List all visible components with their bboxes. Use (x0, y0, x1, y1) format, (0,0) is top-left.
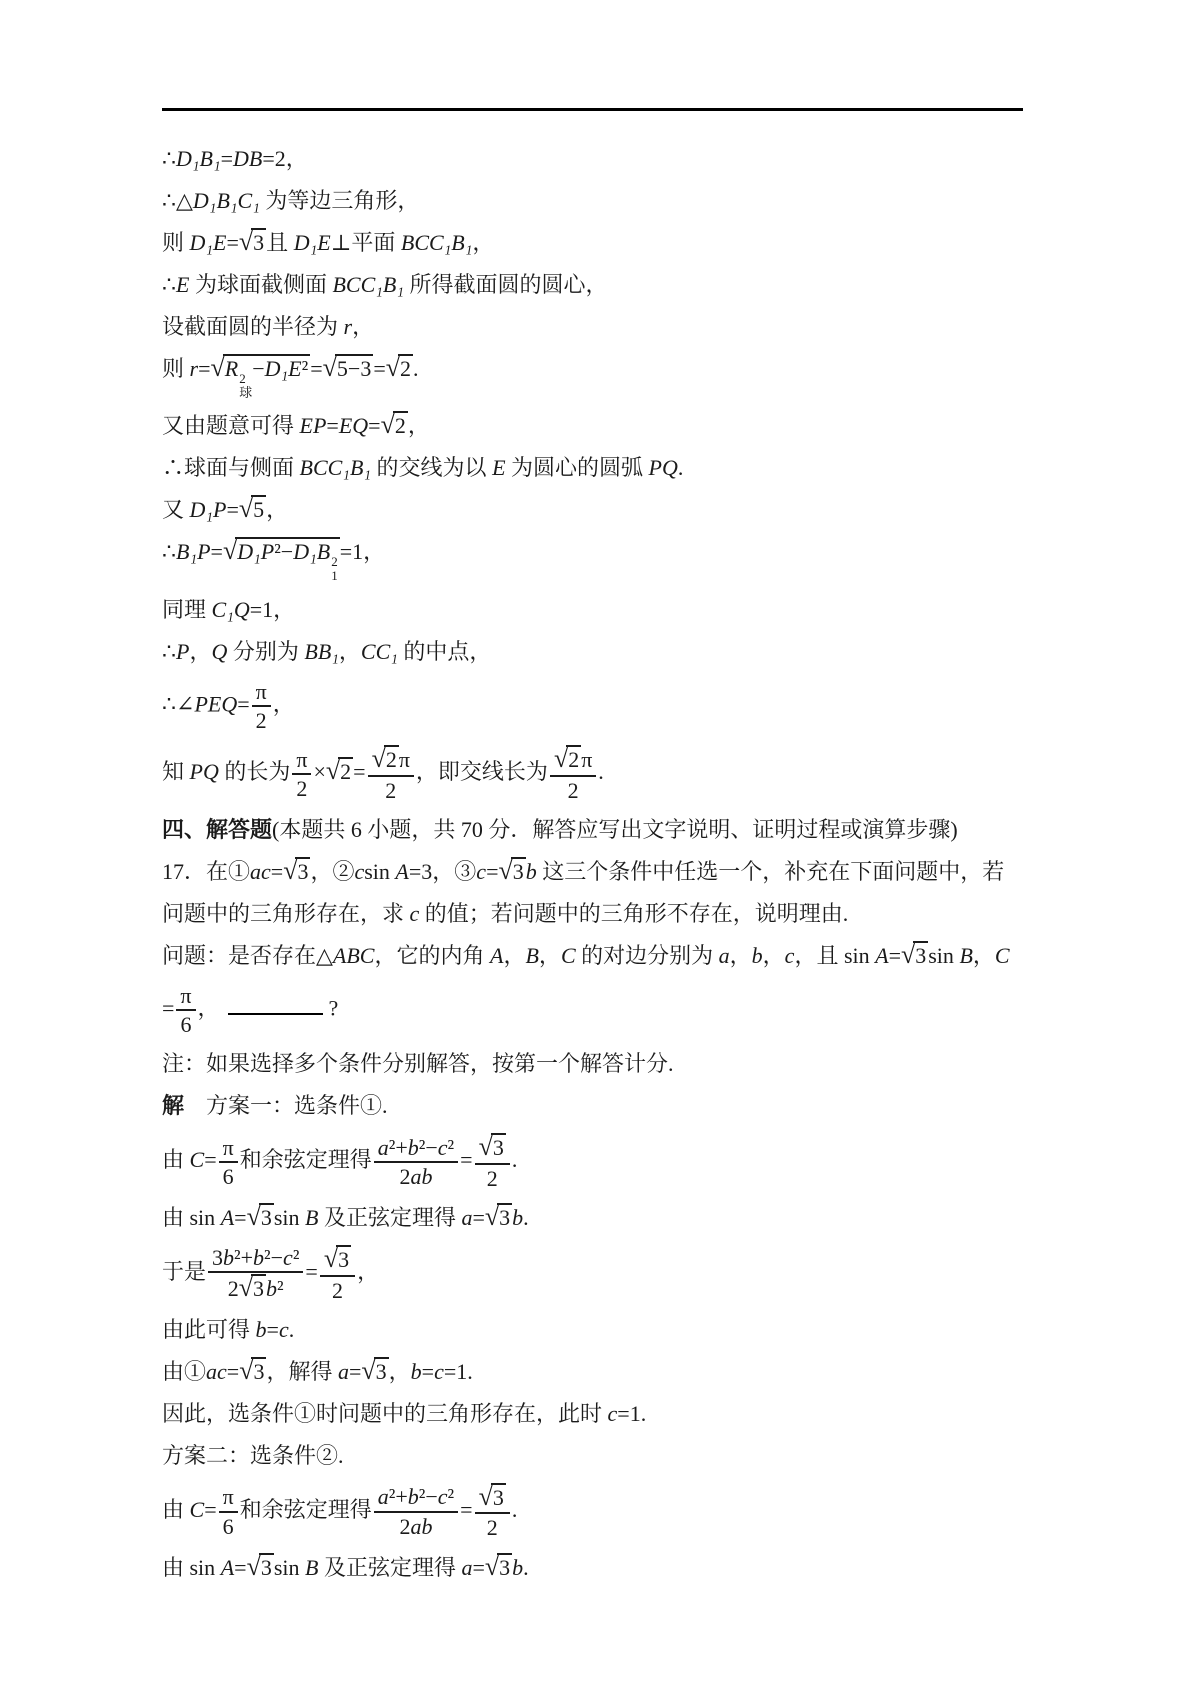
text-run: ²− (264, 1245, 283, 1270)
bold-text: 四、解答题 (162, 817, 272, 842)
radicand: 3 (251, 1357, 266, 1385)
text-line-26: 由①ac=√3，解得 a=√3，b=c=1. (162, 1357, 1070, 1387)
text-run: . (413, 356, 419, 381)
text-run: 于是 (162, 1259, 206, 1284)
text-run: 由① (162, 1359, 206, 1384)
math-variable: D₁E (294, 230, 331, 255)
text-run: 则 (162, 356, 190, 381)
math-variable: c (279, 1317, 289, 1342)
text-run: = (373, 356, 385, 381)
text-run: 3 (493, 1135, 504, 1160)
math-variable: A (395, 859, 408, 884)
math-variable: c (785, 943, 795, 968)
math-variable: C (190, 1497, 205, 1522)
text-run: = (237, 691, 249, 716)
text-run: ， (273, 691, 295, 716)
text-line-8: ∴球面与侧面 BCC₁B₁ 的交线为以 E 为圆心的圆弧 PQ. (162, 453, 1070, 483)
math-variable: a (338, 1359, 349, 1384)
text-line-24: 于是3b²+b²−c²2√3b²=√32， (162, 1245, 1070, 1303)
math-variable: EQ (339, 413, 368, 438)
fraction-denominator: 2 (564, 777, 583, 803)
math-radical: √2 (381, 411, 408, 439)
text-run: ， (503, 943, 525, 968)
text-line-11: 同理 C₁Q=1， (162, 595, 1070, 625)
radicand: 5−3 (335, 354, 373, 382)
math-variable: C₁Q (212, 597, 250, 622)
text-run: 同理 (162, 597, 212, 622)
math-variable: B (305, 1205, 318, 1230)
text-run: 由 (162, 1497, 190, 1522)
fraction-numerator: √2π (368, 745, 414, 776)
radicand: 3 (259, 1203, 274, 1231)
fraction-numerator: 3b²+b²−c² (208, 1245, 303, 1273)
document-content: ∴D₁B₁=DB=2，∴△D₁B₁C₁ 为等边三角形，则 D₁E=√3且 D₁E… (0, 0, 1200, 1583)
text-run: ， (357, 1259, 379, 1284)
text-run: ， (408, 413, 430, 438)
text-run: ² (293, 1245, 300, 1270)
radicand: 2 (393, 411, 408, 439)
text-line-10: ∴B₁P=√D₁P²−D₁B21=1， (162, 537, 1070, 582)
math-radical: √3 (479, 1133, 506, 1161)
text-run: π (399, 747, 410, 772)
text-run: . (523, 1555, 529, 1580)
text-line-3: 则 D₁E=√3且 D₁E⊥平面 BCC₁B₁， (162, 228, 1070, 258)
math-variable: C (561, 943, 576, 968)
text-run: 3 (261, 1555, 272, 1580)
text-run: 这三个条件中任选一个，补充在下面问题中，若 (537, 859, 1005, 884)
text-line-4: ∴E 为球面截侧面 BCC₁B₁ 所得截面圆的圆心， (162, 270, 1070, 300)
math-fraction: 3b²+b²−c²2√3b² (208, 1245, 303, 1303)
text-run: ，解得 (266, 1359, 338, 1384)
text-line-12: ∴P，Q 分别为 BB₁，CC₁ 的中点， (162, 637, 1070, 667)
text-run: . (523, 1205, 529, 1230)
math-variable: c (608, 1401, 618, 1426)
text-run: . (678, 455, 684, 480)
math-radical: √3 (239, 228, 266, 256)
text-run: 2 (332, 1278, 343, 1303)
math-variable: E (492, 455, 505, 480)
text-run: 5 (253, 497, 264, 522)
text-run: ，② (310, 859, 354, 884)
math-variable: c (354, 859, 364, 884)
text-run: 3 (499, 1205, 510, 1230)
math-variable: A (221, 1205, 234, 1230)
text-run: = (227, 1359, 239, 1384)
radicand: 2 (338, 757, 353, 785)
math-variable: BCC₁B₁ (332, 272, 404, 297)
text-run: ， (730, 943, 752, 968)
text-run: ⊥平面 (331, 230, 401, 255)
text-run: ， (973, 943, 995, 968)
math-variable: D₁P (190, 497, 227, 522)
text-run: ² (448, 1484, 455, 1509)
math-radical: √3 (485, 1553, 512, 1581)
text-line-9: 又 D₁P=√5， (162, 495, 1070, 525)
subscript: 球 (239, 386, 252, 400)
math-variable: ab (410, 1514, 432, 1539)
text-run: ，它的内角 (374, 943, 490, 968)
math-variable: E (176, 272, 189, 297)
math-radical: √3 (239, 1357, 266, 1385)
text-run: ∴ (162, 146, 176, 171)
fraction-numerator: √2π (550, 745, 596, 776)
text-run: = (422, 1359, 434, 1384)
math-variable: ac (250, 859, 271, 884)
math-variable: R (225, 356, 238, 381)
math-fraction: √2π2 (368, 745, 414, 803)
math-radical: √D₁P²−D₁B21 (223, 537, 340, 582)
text-run: 2 (228, 1276, 239, 1301)
text-run: ，即交线长为 (416, 759, 548, 784)
fraction-denominator: 2 (483, 1165, 502, 1191)
text-run: 2 (340, 759, 351, 784)
text-run: = (221, 146, 233, 171)
fraction-numerator: π (252, 679, 271, 707)
math-variable: b (408, 1135, 419, 1160)
math-variable: a (378, 1484, 389, 1509)
fraction-numerator: a²+b²−c² (374, 1484, 458, 1512)
radicand: 3 (259, 1553, 274, 1581)
text-run: 3 (915, 943, 926, 968)
math-radical: √2 (554, 745, 581, 773)
text-run: 且 (266, 230, 294, 255)
math-variable: A (221, 1555, 234, 1580)
math-variable: b (512, 1555, 523, 1580)
math-variable: PQ (190, 759, 219, 784)
math-variable: r (344, 314, 353, 339)
text-run: π (581, 747, 592, 772)
sup-sub-stack: 21 (331, 555, 338, 582)
math-variable: PEQ (194, 691, 237, 716)
text-run: =3，③ (409, 859, 476, 884)
fraction-numerator: √3 (475, 1133, 510, 1164)
text-run: 方案二：选条件②. (162, 1443, 344, 1468)
text-run: π (223, 1135, 234, 1160)
fraction-denominator: 2 (252, 707, 271, 733)
math-variable: D₁P (237, 539, 274, 564)
text-line-20: 注：如果选择多个条件分别解答，按第一个解答计分. (162, 1049, 1070, 1079)
math-fraction: √32 (475, 1133, 510, 1191)
text-run: 2 (386, 747, 397, 772)
text-run: 2 (568, 747, 579, 772)
text-run: 2 (399, 1514, 410, 1539)
text-run: 因此，选条件①时问题中的三角形存在，此时 (162, 1401, 608, 1426)
text-run: =2， (262, 146, 307, 171)
radicand: 2 (398, 354, 413, 382)
text-run: 2 (256, 708, 267, 733)
text-run: = (162, 995, 174, 1020)
text-run: = (227, 230, 239, 255)
radicand: 5 (251, 495, 266, 523)
math-variable: ac (206, 1359, 227, 1384)
text-run: = (204, 1147, 216, 1172)
fraction-numerator: √3 (320, 1245, 355, 1276)
fraction-denominator: 6 (219, 1513, 238, 1539)
text-run: − (252, 356, 264, 381)
math-variable: c (438, 1484, 448, 1509)
text-run: 的中点， (398, 639, 492, 664)
text-run: ， (198, 995, 220, 1020)
math-radical: √2 (386, 354, 413, 382)
text-run: 所得截面圆的圆心， (404, 272, 608, 297)
text-run: π (223, 1484, 234, 1509)
text-run: 由 sin (162, 1205, 221, 1230)
text-run: 17．在① (162, 859, 250, 884)
text-run: ， (189, 639, 211, 664)
math-radical: √3 (361, 1357, 388, 1385)
text-run: sin (364, 859, 395, 884)
math-variable: c (434, 1359, 444, 1384)
radicand: 3 (913, 941, 928, 969)
text-run: 和余弦定理得 (240, 1497, 372, 1522)
math-variable: B (959, 943, 972, 968)
text-line-19: =π6，? (162, 983, 1070, 1038)
text-run: ， (763, 943, 785, 968)
text-run: (本题共 6 小题，共 70 分．解答应写出文字说明、证明过程或演算步骤) (272, 817, 958, 842)
text-run: = (486, 859, 498, 884)
text-run: 6 (180, 1012, 191, 1037)
math-variable: BCC₁B₁ (300, 455, 372, 480)
text-run: 方案一：选条件①. (184, 1093, 388, 1118)
fraction-denominator: 6 (176, 1011, 195, 1037)
math-variable: A (875, 943, 888, 968)
text-run: ∴ (162, 639, 176, 664)
text-run: 2 (399, 1164, 410, 1189)
math-variable: c (410, 901, 420, 926)
text-run: 及正弦定理得 (318, 1555, 461, 1580)
text-run: 2 (296, 776, 307, 801)
text-run: 3 (493, 1485, 504, 1510)
text-line-22: 由 C=π6和余弦定理得a²+b²−c²2ab=√32. (162, 1133, 1070, 1191)
text-line-18: 问题：是否存在△ABC，它的内角 A，B，C 的对边分别为 a，b，c，且 si… (162, 941, 1070, 971)
math-radical: √3 (247, 1553, 274, 1581)
text-run: sin (274, 1205, 305, 1230)
text-run: = (234, 1555, 246, 1580)
math-radical: √2 (326, 757, 353, 785)
text-run: = (204, 1497, 216, 1522)
text-run: = (305, 1259, 317, 1284)
text-line-25: 由此可得 b=c. (162, 1315, 1070, 1345)
page: ∴D₁B₁=DB=2，∴△D₁B₁C₁ 为等边三角形，则 D₁E=√3且 D₁E… (0, 0, 1200, 1698)
math-variable: C (995, 943, 1010, 968)
text-run: π (180, 983, 191, 1008)
math-radical: √3 (485, 1203, 512, 1231)
text-run: ²− (419, 1484, 438, 1509)
text-run: 问题中的三角形存在，求 (162, 901, 410, 926)
text-run: ²+ (389, 1484, 408, 1509)
fraction-numerator: √3 (475, 1483, 510, 1514)
text-run: = (353, 759, 365, 784)
math-variable: BCC₁B₁ (401, 230, 473, 255)
text-run: 注：如果选择多个条件分别解答，按第一个解答计分. (162, 1051, 674, 1076)
text-run: = (267, 1317, 279, 1342)
math-variable: a (719, 943, 730, 968)
radicand: 3 (497, 1203, 512, 1231)
text-run: 的对边分别为 (576, 943, 719, 968)
radicand: 3 (295, 857, 310, 885)
math-variable: EP (300, 413, 327, 438)
math-variable: b (411, 1359, 422, 1384)
math-fraction: √2π2 (550, 745, 596, 803)
fraction-denominator: 6 (219, 1163, 238, 1189)
text-run: 2 (385, 778, 396, 803)
text-run: . (512, 1147, 518, 1172)
text-run: =1. (617, 1401, 646, 1426)
fraction-denominator: 2 (381, 777, 400, 803)
text-run: 的交线为以 (371, 455, 492, 480)
math-fraction: π6 (219, 1484, 238, 1539)
math-fraction: π6 (176, 983, 195, 1038)
text-run: 则 (162, 230, 190, 255)
text-line-5: 设截面圆的半径为 r， (162, 312, 1070, 342)
text-line-2: ∴△D₁B₁C₁ 为等边三角形， (162, 186, 1070, 216)
math-variable: D₁B₁C₁ (193, 188, 260, 213)
text-line-29: 由 C=π6和余弦定理得a²+b²−c²2ab=√32. (162, 1483, 1070, 1541)
math-variable: a (378, 1135, 389, 1160)
math-radical: √R2球−D₁E² (211, 354, 311, 399)
text-run: ，且 sin (794, 943, 875, 968)
text-run: = (368, 413, 380, 438)
radicand: 3 (251, 228, 266, 256)
math-variable: b (512, 1205, 523, 1230)
text-run: ， (472, 230, 494, 255)
radicand: 2 (566, 745, 581, 773)
text-run: π (256, 679, 267, 704)
math-radical: √3 (901, 941, 928, 969)
text-run: 2 (395, 413, 406, 438)
fraction-denominator: 2 (292, 775, 311, 801)
text-run: 和余弦定理得 (240, 1147, 372, 1172)
text-run: ， (539, 943, 561, 968)
math-variable: ab (410, 1164, 432, 1189)
math-variable: c (283, 1245, 293, 1270)
text-run: . (289, 1317, 295, 1342)
text-run: = (460, 1147, 472, 1172)
document-body: ∴D₁B₁=DB=2，∴△D₁B₁C₁ 为等边三角形，则 D₁E=√3且 D₁E… (162, 144, 1070, 1583)
math-radical: √3 (479, 1483, 506, 1511)
math-variable: B₁P (176, 539, 211, 564)
radicand: 3 (491, 1133, 506, 1161)
text-line-14: 知 PQ 的长为π2×√2=√2π2，即交线长为√2π2. (162, 745, 1070, 803)
fraction-denominator: 2 (483, 1514, 502, 1540)
text-line-30: 由 sin A=√3sin B 及正弦定理得 a=√3b. (162, 1553, 1070, 1583)
text-run: 6 (223, 1164, 234, 1189)
text-run: = (349, 1359, 361, 1384)
text-run: ² (277, 1276, 284, 1301)
text-run: = (271, 859, 283, 884)
math-variable: c (476, 859, 486, 884)
math-variable: b (526, 859, 537, 884)
text-run: . (598, 759, 604, 784)
math-fraction: π6 (219, 1135, 238, 1190)
text-run: 2 (487, 1515, 498, 1540)
math-radical: √3 (324, 1245, 351, 1273)
text-line-27: 因此，选条件①时问题中的三角形存在，此时 c=1. (162, 1399, 1070, 1429)
sup-sub-stack: 2球 (239, 372, 252, 399)
math-radical: √2 (372, 745, 399, 773)
math-variable: D₁B₁ (176, 146, 221, 171)
math-variable: B (305, 1555, 318, 1580)
text-run: ²− (419, 1135, 438, 1160)
math-fraction: π2 (252, 679, 271, 734)
radicand: 3 (374, 1357, 389, 1385)
text-run: 由 sin (162, 1555, 221, 1580)
text-run: =1， (340, 539, 385, 564)
text-line-15: 四、解答题(本题共 6 小题，共 70 分．解答应写出文字说明、证明过程或演算步… (162, 815, 1070, 845)
text-run: 由 (162, 1147, 190, 1172)
text-line-28: 方案二：选条件②. (162, 1441, 1070, 1471)
math-variable: ABC (333, 943, 375, 968)
text-run: 知 (162, 759, 190, 784)
text-run: ²+ (234, 1245, 253, 1270)
math-variable: c (438, 1135, 448, 1160)
text-run: ， (352, 314, 374, 339)
math-variable: b (752, 943, 763, 968)
text-run: 2 (487, 1166, 498, 1191)
text-run: = (326, 413, 338, 438)
bold-text: 解 (162, 1093, 184, 1118)
math-variable: b (253, 1245, 264, 1270)
text-run: = (472, 1555, 484, 1580)
math-variable: C (190, 1147, 205, 1172)
text-run: ² (302, 356, 309, 381)
text-run: 3 (376, 1359, 387, 1384)
math-variable: b (266, 1276, 277, 1301)
text-run: = (227, 497, 239, 522)
math-variable: BB₁ (304, 639, 339, 664)
text-run: 为球面截侧面 (189, 272, 332, 297)
text-run: ²− (274, 539, 293, 564)
text-run: 3 (212, 1245, 223, 1270)
fraction-denominator: 2 (328, 1277, 347, 1303)
math-variable: PQ (649, 455, 678, 480)
text-run: ² (448, 1135, 455, 1160)
superscript: 2 (331, 555, 338, 569)
text-line-16: 17．在①ac=√3，②csin A=3，③c=√3b 这三个条件中任选一个，补… (162, 857, 1070, 887)
text-line-17: 问题中的三角形存在，求 c 的值；若问题中的三角形不存在，说明理由. (162, 899, 1070, 929)
text-line-21: 解 方案一：选条件①. (162, 1091, 1070, 1121)
text-run: 3 (297, 859, 308, 884)
math-variable: P (176, 639, 189, 664)
math-fraction: a²+b²−c²2ab (374, 1484, 458, 1539)
text-run: ∴ (162, 272, 176, 297)
math-radical: √5−3 (323, 354, 374, 382)
text-run: 又由题意可得 (162, 413, 300, 438)
text-run: 6 (223, 1514, 234, 1539)
text-run: 由此可得 (162, 1317, 256, 1342)
text-run: =1. (444, 1359, 473, 1384)
math-variable: A (490, 943, 503, 968)
radicand: D₁P²−D₁B21 (235, 537, 339, 582)
math-variable: b (223, 1245, 234, 1270)
text-run: 2 (568, 778, 579, 803)
math-radical: √3 (247, 1203, 274, 1231)
superscript: 2 (239, 372, 246, 386)
math-variable: B (525, 943, 538, 968)
radicand: 3 (491, 1483, 506, 1511)
text-run: = (460, 1497, 472, 1522)
text-run: = (472, 1205, 484, 1230)
math-variable: DB (233, 146, 262, 171)
math-variable: a (461, 1555, 472, 1580)
math-variable: a (461, 1205, 472, 1230)
math-variable: D₁E (190, 230, 227, 255)
radicand: 3 (251, 1274, 266, 1302)
text-run: ? (329, 995, 339, 1020)
text-run: 3 (253, 230, 264, 255)
text-run: 3 (253, 1359, 264, 1384)
text-run: sin (274, 1555, 305, 1580)
